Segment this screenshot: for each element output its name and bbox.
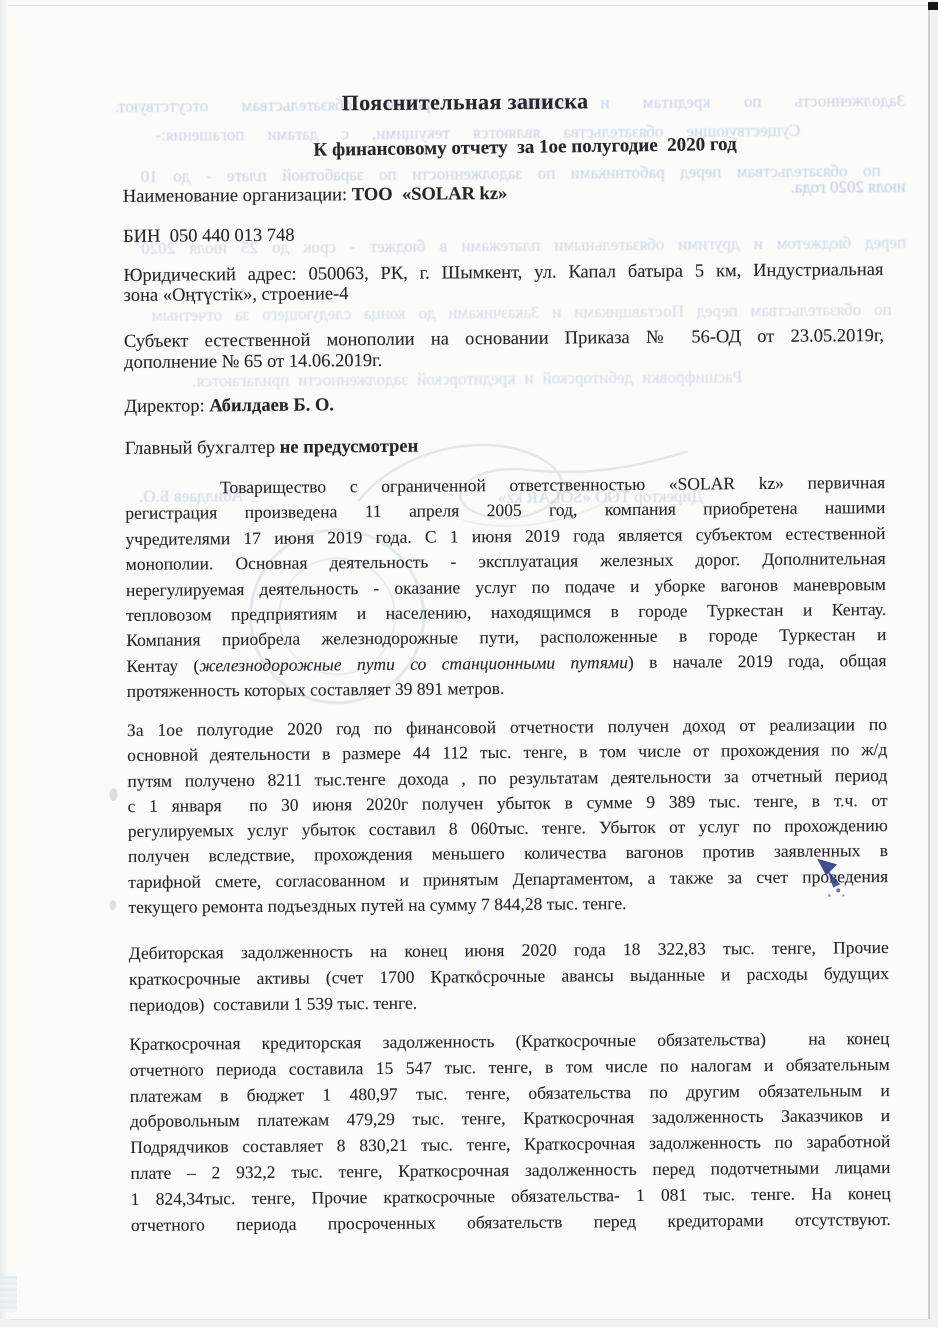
text-run: получен вследствие, прохождения меньшего… [128, 840, 888, 866]
italic-text: железнодорожные пути со станционными пут… [199, 652, 628, 675]
text-run: дополнение № 65 от 14.06.2019г. [124, 351, 382, 373]
scan-corner-patch [0, 1276, 17, 1312]
text-run: БИН 050 440 013 748 [123, 226, 295, 247]
text-run: Кентау ( [126, 655, 199, 676]
text-run: Директор: [124, 396, 209, 417]
paragraph: За 1ое полугодие 2020 год по финансовой … [127, 712, 889, 920]
text-run: путям получено 8211 тыс.тенге дохода , п… [127, 765, 887, 791]
meta-section: Наименование организации: ТОО «SOLAR kz»… [0, 0, 937, 1]
text-run: тепловозом предприятиям и населению, нах… [126, 599, 886, 625]
text-run: Компания приобрела железнодорожные пути,… [126, 624, 886, 650]
text-run: монополии. Основная деятельность - экспл… [126, 548, 886, 574]
bold-text: ТОО «SOLAR kz» [352, 184, 508, 205]
meta-line: Главный бухгалтер не предусмотрен [125, 434, 885, 460]
scan-content: Задолженность по кредитам и займам и про… [0, 0, 938, 1327]
body-line: протяженность которых составляет 39 891 … [127, 673, 887, 704]
text-run: 1 824,34тыс. тенге, Прочие краткосрочные… [131, 1183, 891, 1209]
text-run: протяженность которых составляет 39 891 … [127, 678, 505, 701]
text-run: периодов) составили 1 539 тыс. тенге. [129, 993, 417, 1015]
text-run: отчетного периода просроченных обязатель… [131, 1209, 891, 1235]
scan-speck [109, 788, 117, 801]
scan-speck [109, 900, 116, 910]
text-run: Подрядчиков составляет 8 830,21 тыс. тен… [130, 1131, 890, 1157]
doc-title: Пояснительная записка [85, 86, 845, 118]
bold-text: не предусмотрен [280, 437, 419, 458]
text-run: основной деятельности в размере 44 112 т… [127, 739, 887, 765]
text-run: отчетного периода составила 15 547 тыс. … [130, 1054, 890, 1080]
text-run: Главный бухгалтер [125, 438, 280, 459]
scan-edge-right-band [930, 0, 938, 1327]
paragraph: Дебиторская задолженность на конец июня … [129, 934, 890, 1018]
scan-corner-mark [928, 2, 938, 10]
text-run: учредителями 17 июня 2019 года. С 1 июня… [125, 523, 885, 549]
scan-edge-bottom-line [10, 1319, 928, 1320]
text-run: нерегулируемая деятельность - оказание у… [126, 574, 886, 600]
text-run: За 1ое полугодие 2020 год по финансовой … [127, 714, 887, 740]
text-run: тарифной смете, согласованном и принятым… [128, 866, 888, 892]
meta-line: Наименование организации: ТОО «SOLAR kz» [123, 182, 883, 208]
text-run: плате – 2 932,2 тыс. тенге, Краткосрочна… [130, 1157, 890, 1183]
meta-line: БИН 050 440 013 748 [123, 222, 883, 248]
text-run: Наименование организации: [123, 185, 352, 207]
text-run: Краткосрочная кредиторская задолженность… [129, 1028, 889, 1054]
meta-line: зона «Оңтүстік», строение-4 [124, 281, 884, 307]
paragraph: Краткосрочная кредиторская задолженность… [129, 1026, 891, 1238]
text-run: ) в начале 2019 года, общая [628, 650, 887, 672]
bold-text: Абилдаев Б. О. [209, 395, 334, 416]
text-run: текущего ремонта подъездных путей на сум… [128, 893, 626, 917]
meta-line: дополнение № 65 от 14.06.2019г. [124, 348, 884, 374]
scan-edge-bottom [0, 1319, 938, 1327]
body-section: Товарищество с ограниченной ответственно… [0, 0, 937, 1]
body-line: периодов) составили 1 539 тыс. тенге. [129, 986, 889, 1018]
scan-edge-top [8, 5, 928, 6]
meta-line: Директор: Абилдаев Б. О. [124, 392, 884, 418]
paragraph: Товарищество с ограниченной ответственно… [125, 470, 887, 705]
text-run: зона «Оңтүстік», строение-4 [124, 284, 349, 306]
body-line: текущего ремонта подъездных путей на сум… [128, 889, 888, 920]
text-run: Товарищество с ограниченной ответственно… [220, 472, 885, 497]
text-run: краткосрочные активы (счет 1700 Краткоср… [129, 963, 889, 989]
doc-subtitle: К финансовому отчету за 1ое полугодие 20… [313, 134, 737, 162]
scan-edge-right-line [928, 6, 930, 1319]
text-run: с 1 января по 30 июня 2020г получен убыт… [128, 790, 888, 816]
text-run: регулируемых услуг убыток составил 8 060… [128, 815, 888, 841]
text-run: регистрация произведена 11 апреля 2005 г… [125, 497, 885, 523]
document-page: Задолженность по кредитам и займам и про… [0, 0, 938, 1327]
scan-speck [477, 970, 481, 974]
body-line: отчетного периода просроченных обязатель… [131, 1207, 891, 1239]
scan-edge-left [0, 0, 8, 1327]
text-run: Дебиторская задолженность на конец июня … [129, 937, 889, 963]
text-run: платежам в бюджет 1 480,97 тыс. тенге, о… [130, 1080, 890, 1106]
text-run: добровольным платежам 479,29 тыс. тенге,… [130, 1105, 890, 1131]
